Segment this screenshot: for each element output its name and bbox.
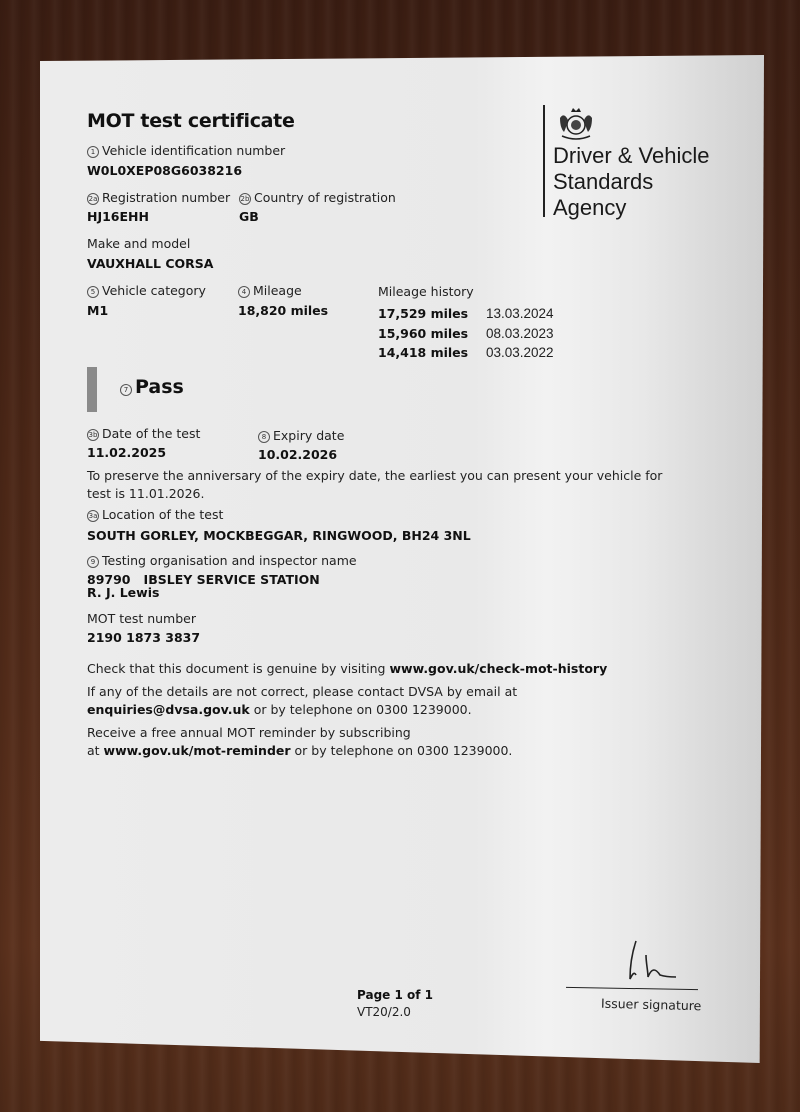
mileage-history-label: Mileage history: [378, 284, 474, 299]
result-indicator-bar: [87, 367, 97, 412]
mot-reminder-link[interactable]: www.gov.uk/mot-reminder: [104, 743, 291, 758]
mileage-history-row: 15,960 miles08.03.2023: [378, 323, 554, 343]
genuine-check-note: Check that this document is genuine by v…: [87, 660, 607, 678]
contact-note: If any of the details are not correct, p…: [87, 683, 517, 719]
reminder-note: Receive a free annual MOT reminder by su…: [87, 724, 512, 760]
signature-icon: [620, 935, 680, 985]
test-number-label: MOT test number: [87, 611, 196, 626]
expiry-date-label: 8Expiry date: [258, 428, 344, 443]
logo-divider: [543, 105, 545, 217]
mileage-history-row: 14,418 miles03.03.2022: [378, 342, 554, 362]
test-result: 7Pass: [120, 376, 184, 398]
test-date-value: 11.02.2025: [87, 445, 166, 460]
expiry-date-value: 10.02.2026: [258, 447, 337, 462]
make-model-label: Make and model: [87, 236, 190, 251]
page-number: Page 1 of 1: [357, 988, 433, 1002]
registration-label: 2aRegistration number: [87, 190, 230, 205]
vin-label: 1Vehicle identification number: [87, 143, 285, 158]
document-title: MOT test certificate: [87, 110, 295, 132]
check-mot-history-link[interactable]: www.gov.uk/check-mot-history: [389, 661, 607, 676]
category-label: 5Vehicle category: [87, 283, 206, 298]
form-code: VT20/2.0: [357, 1005, 411, 1019]
make-model-value: VAUXHALL CORSA: [87, 256, 213, 271]
mileage-history-row: 17,529 miles13.03.2024: [378, 303, 554, 323]
category-value: M1: [87, 303, 108, 318]
royal-crest-icon: [552, 104, 600, 140]
mileage-history-list: 17,529 miles13.03.2024 15,960 miles08.03…: [378, 303, 554, 362]
anniversary-note: To preserve the anniversary of the expir…: [87, 467, 687, 503]
country-label: 2bCountry of registration: [239, 190, 396, 205]
dvsa-email-link[interactable]: enquiries@dvsa.gov.uk: [87, 702, 250, 717]
testing-org-label: 9Testing organisation and inspector name: [87, 553, 357, 568]
registration-value: HJ16EHH: [87, 209, 149, 224]
agency-name: Driver & Vehicle Standards Agency: [553, 143, 710, 221]
location-label: 3aLocation of the test: [87, 507, 223, 522]
inspector-name: R. J. Lewis: [87, 585, 159, 600]
mileage-label: 4Mileage: [238, 283, 302, 298]
mileage-value: 18,820 miles: [238, 303, 328, 318]
issuer-signature-label: Issuer signature: [601, 996, 702, 1014]
vin-value: W0L0XEP08G6038216: [87, 163, 242, 178]
test-date-label: 3bDate of the test: [87, 426, 200, 441]
test-number-value: 2190 1873 3837: [87, 630, 200, 645]
location-value: SOUTH GORLEY, MOCKBEGGAR, RINGWOOD, BH24…: [87, 528, 471, 543]
country-value: GB: [239, 209, 259, 224]
